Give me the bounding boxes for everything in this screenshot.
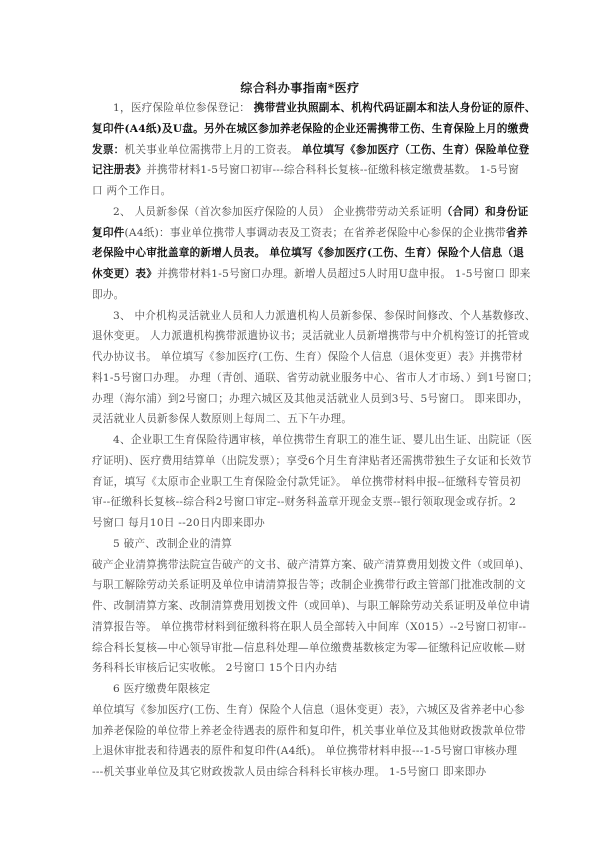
text-line: 发票：机关事业单位需携带上月的工资表。 单位填写《参加医疗（工伤、生育）保险单位… bbox=[92, 143, 522, 157]
text-line: 4、企业职工生育保险待遇审核，单位携带生育职工的准生证、婴儿出生证、出院证（医 bbox=[113, 433, 543, 447]
text-segment: 与职工解除劳动关系证明及单位申请清算报告等；改制企业携带行政主管部门批准改制的文 bbox=[92, 579, 526, 591]
text-segment: 5 破产、改制企业的清算 bbox=[113, 538, 232, 550]
text-segment: 上退休审批表和待遇表的原件和复印件(A4纸)。 单位携带材料申报---1-5号窗… bbox=[92, 745, 517, 757]
bold-text-segment: 省养 bbox=[506, 227, 528, 239]
text-line: 办理（海尔浦）到2号窗口；办理六城区及其他灵活就业人员到3号、5号窗口。 即来即… bbox=[92, 392, 522, 406]
text-line: 号窗口 每月10日 --20日内即来即办 bbox=[92, 516, 522, 530]
bold-text-segment: 老保险中心审批盖章的新增人员表。 单位填写《参加医疗(工伤、生育）保险个人信息（… bbox=[92, 247, 524, 259]
text-line: 料1-5号窗口办理。 办理（青创、通联、省劳动就业服务中心、省市人才市场、）到1… bbox=[92, 371, 522, 385]
bold-text-segment: 复印件(A4纸)及U盘。另外在城区参加养老保险的企业还需携带工伤、生育保险上月的… bbox=[92, 123, 529, 135]
bold-text-segment: 发票： bbox=[92, 144, 125, 156]
text-segment: 并携带材料1-5号窗口办理。新增人员超过5人时用U盘申报。 1-5号窗口 即来 bbox=[157, 268, 531, 280]
text-line: 1，医疗保险单位参保登记： 携带营业执照副本、机构代码证副本和法人身份证的原件、 bbox=[113, 101, 543, 115]
text-line: 破产企业清算携带法院宣告破产的文书、破产清算方案、破产清算费用划拨文件（或回单)… bbox=[92, 558, 522, 572]
text-segment: 件、改制清算方案、改制清算费用划拨文件（或回单)、与职工解除劳动关系证明及单位申… bbox=[92, 600, 530, 612]
text-segment: 育证，填写《太原市企业职工生育保险金付款凭证》。 单位携带材料申报--征缴科专管… bbox=[92, 476, 521, 488]
bold-text-segment: 记注册表》 bbox=[92, 164, 146, 176]
text-line: 育证，填写《太原市企业职工生育保险金付款凭证》。 单位携带材料申报--征缴科专管… bbox=[92, 475, 522, 489]
text-line: 灵活就业人员新参保人数原则上每周二、五下午办理。 bbox=[92, 412, 522, 426]
text-segment: 疗证明)、医疗费用结算单（出院发票）；享受6个月生育津贴者还需携带独生子女证和长… bbox=[92, 455, 532, 467]
text-line: 务科科长审核后记实收帐。 2号窗口 15个日内办结 bbox=[92, 661, 522, 675]
text-segment: 清算报告等。 单位携带材料到征缴科将在职人员全部转入中间库（X015）--2号窗… bbox=[92, 621, 526, 633]
section-heading: 5 破产、改制企业的清算 bbox=[113, 537, 543, 551]
text-line: 退休变更。 人力派遣机构携带派遣协议书；灵活就业人员新增携带与中介机构签订的托管… bbox=[92, 329, 522, 343]
text-line: 老保险中心审批盖章的新增人员表。 单位填写《参加医疗(工伤、生育）保险个人信息（… bbox=[92, 246, 522, 260]
text-line: 加养老保险的单位带上养老金待遇表的原件和复印件，机关事业单位及其他财政拨款单位带 bbox=[92, 724, 522, 738]
text-line: 3、 中介机构灵活就业人员和人力派遣机构人员新参保、参保时间修改、个人基数修改、 bbox=[113, 309, 543, 323]
document-title: 综合科办事指南*医疗 bbox=[0, 79, 600, 96]
text-line: 2、 人员新参保（首次参加医疗保险的人员） 企业携带劳动关系证明（合同）和身份证 bbox=[113, 205, 543, 219]
bold-text-segment: 复印件 bbox=[92, 227, 125, 239]
bold-text-segment: 休变更）表》 bbox=[92, 268, 157, 280]
text-line: 复印件(A4纸)：事业单位携带人事调动表及工资表；在省养老保险中心参保的企业携带… bbox=[92, 226, 522, 240]
text-segment: (A4纸)：事业单位携带人事调动表及工资表；在省养老保险中心参保的企业携带 bbox=[125, 227, 507, 239]
text-segment: ---机关事业单位及其它财政拨款人员由综合科科长审核办理。 1-5号窗口 即来即… bbox=[92, 766, 486, 778]
text-line: 休变更）表》并携带材料1-5号窗口办理。新增人员超过5人时用U盘申报。 1-5号… bbox=[92, 267, 522, 281]
text-segment: 并携带材料1-5号窗口初审---综合科科长复核--征缴科核定缴费基数。 1-5号… bbox=[146, 164, 519, 176]
bold-text-segment: 单位填写《参加医疗（工伤、生育）保险单位登 bbox=[302, 144, 530, 156]
text-segment: 1，医疗保险单位参保登记： bbox=[113, 102, 254, 114]
text-segment: 破产企业清算携带法院宣告破产的文书、破产清算方案、破产清算费用划拨文件（或回单)… bbox=[92, 559, 530, 571]
text-segment: 综合科长复核—中心领导审批—信息科处理—单位缴费基数核定为零—征缴科记应收帐—财 bbox=[92, 642, 526, 654]
text-line: 口 两个工作日。 bbox=[92, 184, 522, 198]
section-heading: 6 医疗缴费年限核定 bbox=[113, 682, 543, 696]
text-line: 代办协议书。 单位填写《参加医疗(工伤、生育）保险个人信息（退休变更）表》并携带… bbox=[92, 350, 522, 364]
text-segment: 2、 人员新参保（首次参加医疗保险的人员） 企业携带劳动关系证明 bbox=[113, 206, 442, 218]
text-segment: 灵活就业人员新参保人数原则上每周二、五下午办理。 bbox=[92, 413, 352, 425]
text-segment: 6 医疗缴费年限核定 bbox=[113, 683, 210, 695]
text-segment: 4、企业职工生育保险待遇审核，单位携带生育职工的准生证、婴儿出生证、出院证（医 bbox=[113, 434, 532, 446]
text-segment: 办理（海尔浦）到2号窗口；办理六城区及其他灵活就业人员到3号、5号窗口。 即来即… bbox=[92, 393, 529, 405]
bold-text-segment: 携带营业执照副本、机构代码证副本和法人身份证的原件、 bbox=[254, 102, 536, 114]
text-segment: 务科科长审核后记实收帐。 2号窗口 15个日内办结 bbox=[92, 662, 337, 674]
text-line: 单位填写《参加医疗(工伤、生育）保险个人信息（退休变更）表》，六城区及省养老中心… bbox=[92, 703, 522, 717]
text-segment: 审--征缴科长复核--综合科2号窗口审定--财务科盖章开现金支票--银行领取现金… bbox=[92, 496, 516, 508]
text-line: 件、改制清算方案、改制清算费用划拨文件（或回单)、与职工解除劳动关系证明及单位申… bbox=[92, 599, 522, 613]
bold-text-segment: （合同）和身份证 bbox=[442, 206, 529, 218]
text-segment: 加养老保险的单位带上养老金待遇表的原件和复印件，机关事业单位及其他财政拨款单位带 bbox=[92, 725, 526, 737]
text-line: 即办。 bbox=[92, 288, 522, 302]
text-segment: 退休变更。 人力派遣机构携带派遣协议书；灵活就业人员新增携带与中介机构签订的托管… bbox=[92, 330, 529, 342]
text-segment: 即办。 bbox=[92, 289, 125, 301]
text-segment: 料1-5号窗口办理。 办理（青创、通联、省劳动就业服务中心、省市人才市场、）到1… bbox=[92, 372, 538, 384]
text-line: 上退休审批表和待遇表的原件和复印件(A4纸)。 单位携带材料申报---1-5号窗… bbox=[92, 744, 522, 758]
text-line: 审--征缴科长复核--综合科2号窗口审定--财务科盖章开现金支票--银行领取现金… bbox=[92, 495, 522, 509]
text-segment: 机关事业单位需携带上月的工资表。 bbox=[125, 144, 302, 156]
text-line: 记注册表》并携带材料1-5号窗口初审---综合科科长复核--征缴科核定缴费基数。… bbox=[92, 163, 522, 177]
text-line: ---机关事业单位及其它财政拨款人员由综合科科长审核办理。 1-5号窗口 即来即… bbox=[92, 765, 522, 779]
text-line: 与职工解除劳动关系证明及单位申请清算报告等；改制企业携带行政主管部门批准改制的文 bbox=[92, 578, 522, 592]
text-line: 复印件(A4纸)及U盘。另外在城区参加养老保险的企业还需携带工伤、生育保险上月的… bbox=[92, 122, 522, 136]
document-page: 综合科办事指南*医疗 1，医疗保险单位参保登记： 携带营业执照副本、机构代码证副… bbox=[0, 0, 600, 850]
text-segment: 号窗口 每月10日 --20日内即来即办 bbox=[92, 517, 265, 529]
text-line: 疗证明)、医疗费用结算单（出院发票）；享受6个月生育津贴者还需携带独生子女证和长… bbox=[92, 454, 522, 468]
text-line: 综合科长复核—中心领导审批—信息科处理—单位缴费基数核定为零—征缴科记应收帐—财 bbox=[92, 641, 522, 655]
text-segment: 代办协议书。 单位填写《参加医疗(工伤、生育）保险个人信息（退休变更）表》并携带… bbox=[92, 351, 523, 363]
text-segment: 口 两个工作日。 bbox=[92, 185, 172, 197]
text-segment: 3、 中介机构灵活就业人员和人力派遣机构人员新参保、参保时间修改、个人基数修改、 bbox=[113, 310, 536, 322]
text-segment: 单位填写《参加医疗(工伤、生育）保险个人信息（退休变更）表》，六城区及省养老中心… bbox=[92, 704, 525, 716]
text-line: 清算报告等。 单位携带材料到征缴科将在职人员全部转入中间库（X015）--2号窗… bbox=[92, 620, 522, 634]
